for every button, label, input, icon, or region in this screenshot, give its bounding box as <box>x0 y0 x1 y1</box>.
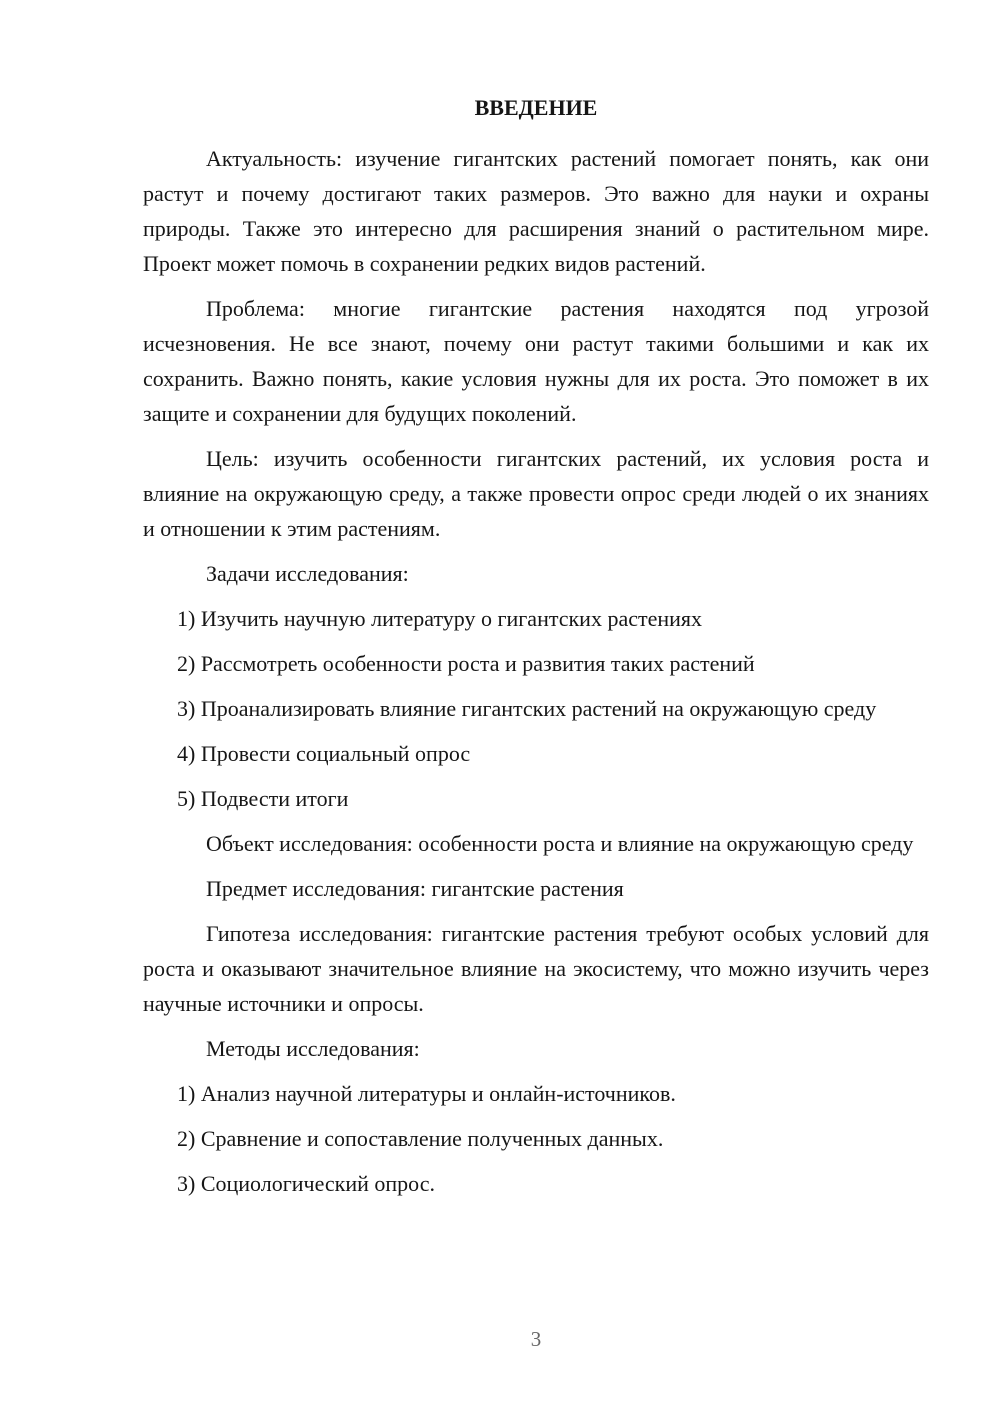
list-item: 1) Анализ научной литературы и онлайн-ис… <box>143 1076 929 1111</box>
list-item: 1) Изучить научную литературу о гигантск… <box>143 601 929 636</box>
paragraph: Методы исследования: <box>143 1031 929 1066</box>
list-item: 2) Рассмотреть особенности роста и разви… <box>143 646 929 681</box>
paragraph: Цель: изучить особенности гигантских рас… <box>143 441 929 546</box>
paragraph: Актуальность: изучение гигантских растен… <box>143 141 929 281</box>
page-number: 3 <box>143 1329 929 1350</box>
page-title: ВВЕДЕНИЕ <box>143 90 929 125</box>
paragraph: Гипотеза исследования: гигантские растен… <box>143 916 929 1021</box>
document-page: ВВЕДЕНИЕ Актуальность: изучение гигантск… <box>0 0 1000 1414</box>
paragraph: Объект исследования: особенности роста и… <box>143 826 929 861</box>
list-item: 3) Проанализировать влияние гигантских р… <box>143 691 929 726</box>
paragraph: Проблема: многие гигантские растения нах… <box>143 291 929 431</box>
list-item: 2) Сравнение и сопоставление полученных … <box>143 1121 929 1156</box>
paragraph: Задачи исследования: <box>143 556 929 591</box>
list-item: 4) Провести социальный опрос <box>143 736 929 771</box>
list-item: 5) Подвести итоги <box>143 781 929 816</box>
list-item: 3) Социологический опрос. <box>143 1166 929 1201</box>
paragraph: Предмет исследования: гигантские растени… <box>143 871 929 906</box>
